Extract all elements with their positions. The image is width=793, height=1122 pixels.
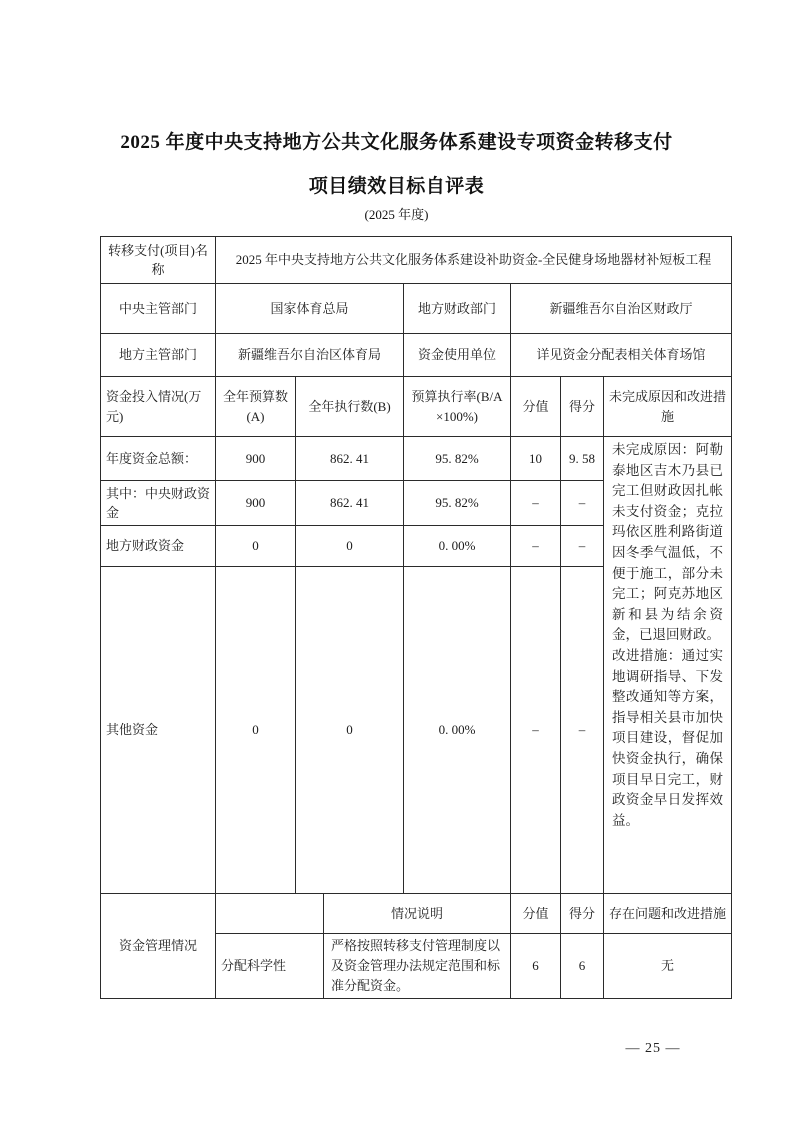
budget-value: 0	[216, 567, 296, 894]
table-row-investment-header: 资金投入情况(万元) 全年预算数(A) 全年执行数(B) 预算执行率(B/A×1…	[101, 377, 732, 437]
document-page: 2025 年度中央支持地方公共文化服务体系建设专项资金转移支付 项目绩效目标自评…	[0, 0, 793, 1122]
score-value: 10	[511, 437, 561, 481]
reason-paragraph-1: 未完成原因：阿勒泰地区吉木乃县已完工但财政因扎帐未支付资金；克拉玛依区胜利路街道…	[612, 440, 723, 646]
score-value: –	[511, 526, 561, 567]
incomplete-reason-cell: 未完成原因：阿勒泰地区吉木乃县已完工但财政因扎帐未支付资金；克拉玛依区胜利路街道…	[604, 437, 732, 894]
main-table: 转移支付(项目)名称 2025 年中央支持地方公共文化服务体系建设补助资金-全民…	[100, 236, 732, 894]
score-value: –	[511, 567, 561, 894]
central-dept-label: 中央主管部门	[101, 284, 216, 334]
fund-user-label: 资金使用单位	[404, 334, 511, 377]
got-value: –	[561, 567, 604, 894]
rate-value: 95. 82%	[404, 437, 511, 481]
budget-value: 900	[216, 437, 296, 481]
desc-value: 严格按照转移支付管理制度以及资金管理办法规定范围和标准分配资金。	[324, 934, 511, 999]
col-header-got: 得分	[561, 894, 604, 934]
got-value: 6	[561, 934, 604, 999]
page-number: — 25 —	[593, 1041, 713, 1057]
col-header-desc: 情况说明	[324, 894, 511, 934]
col-header-score: 分值	[511, 377, 561, 437]
row-label: 其他资金	[101, 567, 216, 894]
page-title-line2: 项目绩效目标自评表	[0, 171, 793, 198]
investment-section-label: 资金投入情况(万元)	[101, 377, 216, 437]
management-section-label: 资金管理情况	[101, 894, 216, 999]
row-label: 地方财政资金	[101, 526, 216, 567]
self-evaluation-table: 转移支付(项目)名称 2025 年中央支持地方公共文化服务体系建设补助资金-全民…	[100, 236, 733, 999]
score-value: 6	[511, 934, 561, 999]
local-dept-label: 地方主管部门	[101, 334, 216, 377]
got-value: 9. 58	[561, 437, 604, 481]
got-value: –	[561, 481, 604, 526]
col-header-issues: 存在问题和改进措施	[604, 894, 732, 934]
col-header-executed: 全年执行数(B)	[296, 377, 404, 437]
fund-user-value: 详见资金分配表相关体育场馆	[511, 334, 732, 377]
executed-value: 862. 41	[296, 481, 404, 526]
col-header-got: 得分	[561, 377, 604, 437]
page-subtitle: (2025 年度)	[0, 204, 793, 223]
table-row-transfer-name: 转移支付(项目)名称 2025 年中央支持地方公共文化服务体系建设补助资金-全民…	[101, 237, 732, 284]
rate-value: 0. 00%	[404, 526, 511, 567]
central-dept-value: 国家体育总局	[216, 284, 404, 334]
table-row-central-dept: 中央主管部门 国家体育总局 地方财政部门 新疆维吾尔自治区财政厅	[101, 284, 732, 334]
rate-value: 0. 00%	[404, 567, 511, 894]
budget-value: 0	[216, 526, 296, 567]
row-label: 其中：中央财政资金	[101, 481, 216, 526]
col-header-rate: 预算执行率(B/A×100%)	[404, 377, 511, 437]
management-table: 资金管理情况 情况说明 分值 得分 存在问题和改进措施 分配科学性 严格按照转移…	[100, 893, 732, 999]
executed-value: 0	[296, 567, 404, 894]
transfer-name-value: 2025 年中央支持地方公共文化服务体系建设补助资金-全民健身场地器材补短板工程	[216, 237, 732, 284]
row-label: 分配科学性	[216, 934, 324, 999]
transfer-name-label: 转移支付(项目)名称	[101, 237, 216, 284]
col-header-score: 分值	[511, 894, 561, 934]
rate-value: 95. 82%	[404, 481, 511, 526]
table-row-local-dept: 地方主管部门 新疆维吾尔自治区体育局 资金使用单位 详见资金分配表相关体育场馆	[101, 334, 732, 377]
executed-value: 862. 41	[296, 437, 404, 481]
score-value: –	[511, 481, 561, 526]
issues-value: 无	[604, 934, 732, 999]
empty-cell	[216, 894, 324, 934]
local-finance-dept-label: 地方财政部门	[404, 284, 511, 334]
table-row-total-funds: 年度资金总额： 900 862. 41 95. 82% 10 9. 58 未完成…	[101, 437, 732, 481]
budget-value: 900	[216, 481, 296, 526]
col-header-reason: 未完成原因和改进措施	[604, 377, 732, 437]
table-row-management-header: 资金管理情况 情况说明 分值 得分 存在问题和改进措施	[101, 894, 732, 934]
row-label: 年度资金总额：	[101, 437, 216, 481]
local-dept-value: 新疆维吾尔自治区体育局	[216, 334, 404, 377]
got-value: –	[561, 526, 604, 567]
executed-value: 0	[296, 526, 404, 567]
page-title-line1: 2025 年度中央支持地方公共文化服务体系建设专项资金转移支付	[0, 127, 793, 154]
reason-paragraph-2: 改进措施：通过实地调研指导、下发整改通知等方案，指导相关县市加快项目建设，督促加…	[612, 646, 723, 831]
local-finance-dept-value: 新疆维吾尔自治区财政厅	[511, 284, 732, 334]
col-header-budget: 全年预算数(A)	[216, 377, 296, 437]
